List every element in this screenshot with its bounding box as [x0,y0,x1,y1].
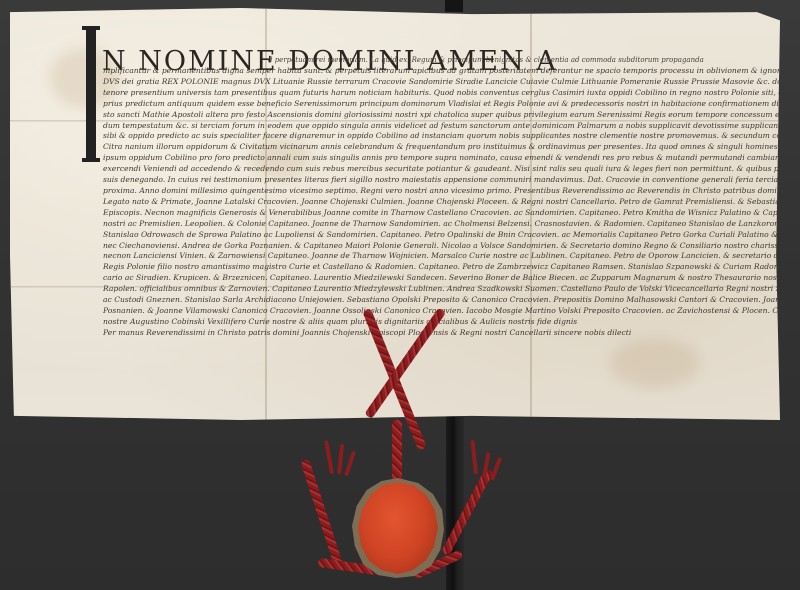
text-line: cario ac Siradien. Krupicen. & Brzeznice… [103,273,779,284]
text-line: necnon Lanciciensi Vinien. & Zarnowiensi… [103,251,779,262]
text-line: mplificantur & permanentibus digna sempe… [103,66,779,77]
text-line: sto sancti Mathie Apostoli altera pro fe… [103,110,779,121]
text-line: ac Custodi Gneznen. Stanislao Sarla Arch… [103,295,779,306]
text-line: exercendi Veniendi ad accedendo & recede… [103,164,779,175]
heading-continuation: d perpetuam rei memoriam. La quid ex. Re… [268,56,778,64]
decorated-initial-i [86,26,96,162]
charter-text-body: mplificantur & permanentibus digna sempe… [103,66,779,339]
text-line: Episcopis. Necnon magnificis Generosis &… [103,208,779,219]
text-line: Regis Polonie filio nostro amantissimo m… [103,262,779,273]
text-line: DVS dei gratia REX POLONIE magnus DVX Li… [103,77,779,88]
text-line: proxima. Anno domini millesimo quingente… [103,186,779,197]
text-line: tenore presentium universis tam presenti… [103,88,779,99]
text-line: suis denegando. In cuius rei testimonium… [103,175,779,186]
text-line: ipsum oppidum Cobilino pro foro predicto… [103,153,779,164]
text-line: nec Ciechanoviensi. Andrea de Gorka Pozn… [103,241,779,252]
mount-seam-top [445,0,463,12]
text-line: Citra nanium illorum oppidorum & Civitat… [103,142,779,153]
text-line: sibi & oppido predicto ac suis specialit… [103,131,779,142]
text-line: Rapolen. officialibus omnibus & Zarnovie… [103,284,779,295]
text-line: Per manus Reverendissimi in Christo patr… [103,328,779,339]
text-line: nostri ac Premislien. Leopolien. & Colon… [103,219,779,230]
text-line: Stanislao Odrowasch de Sprowa Palatino a… [103,230,779,241]
text-line: dum tempestatum &c. si terciam forum in … [103,121,779,132]
stain [610,338,700,388]
text-line: prius predictum antiquum quidem esse ben… [103,99,779,110]
text-line: Legato nato & Primate, Joanne Latalski C… [103,197,779,208]
